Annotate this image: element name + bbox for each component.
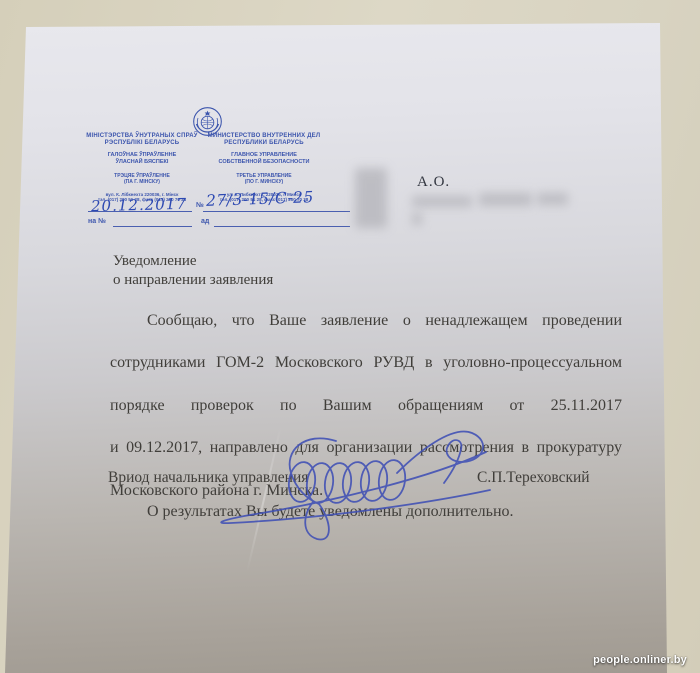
letter-title-line2: о направлении заявления — [113, 271, 273, 290]
letter-title-line1: Уведомление — [113, 252, 273, 271]
handwritten-outgoing-number: 27/3-15/С-25 — [206, 188, 314, 210]
redacted-address-segment — [479, 193, 532, 206]
letterhead-belarusian-column: МІНІСТЭРСТВА ЎНУТРАНЫХ СПРАЎ РЭСПУБЛІКІ … — [86, 133, 198, 202]
redacted-address-segment — [412, 213, 422, 225]
letter-title: Уведомление о направлении заявления — [113, 252, 273, 289]
division-by-line2: (ПА Г. МІНСКУ) — [86, 179, 198, 185]
reply-date-rule-line — [214, 226, 350, 227]
body-line: сотрудниками ГОМ-2 Московского РУВД в уг… — [110, 352, 622, 394]
reply-to-number-label: на № — [88, 218, 106, 225]
redacted-addressee-block — [355, 168, 387, 228]
photo-watermark: people.onliner.by — [593, 654, 687, 666]
redacted-address-segment — [537, 193, 568, 205]
document-photo: МІНІСТЭРСТВА ЎНУТРАНЫХ СПРАЎ РЭСПУБЛІКІ … — [0, 0, 700, 673]
handwritten-date: 20.12.2017 — [91, 195, 187, 216]
redacted-address-segment — [412, 196, 472, 207]
ministry-name-ru-line2: РЕСПУБЛИКИ БЕЛАРУСЬ — [206, 140, 322, 147]
reply-number-rule-line — [113, 226, 192, 227]
date-rule-line — [88, 211, 192, 212]
signature-scribble — [180, 415, 510, 565]
ministry-name-by-line2: РЭСПУБЛІКІ БЕЛАРУСЬ — [86, 140, 198, 147]
department-by-line2: ЎЛАСНАЙ БЯСПЕКІ — [86, 159, 198, 166]
letter-paper: МІНІСТЭРСТВА ЎНУТРАНЫХ СПРАЎ РЭСПУБЛІКІ … — [0, 0, 700, 673]
reply-from-label: ад — [201, 218, 209, 225]
ministry-name-by-line1: МІНІСТЭРСТВА ЎНУТРАНЫХ СПРАЎ — [86, 133, 198, 140]
addressee-initials: А.О. — [417, 174, 450, 191]
department-ru-line2: СОБСТВЕННОЙ БЕЗОПАСНОСТИ — [206, 159, 322, 166]
number-sign-label: № — [196, 202, 204, 209]
body-line: Сообщаю, что Ваше заявление о ненадлежащ… — [110, 310, 622, 352]
ministry-name-ru-line1: МИНИСТЕРСТВО ВНУТРЕННИХ ДЕЛ — [206, 133, 322, 140]
division-ru-line2: (ПО Г. МИНСКУ) — [206, 179, 322, 185]
number-rule-line — [203, 211, 350, 212]
